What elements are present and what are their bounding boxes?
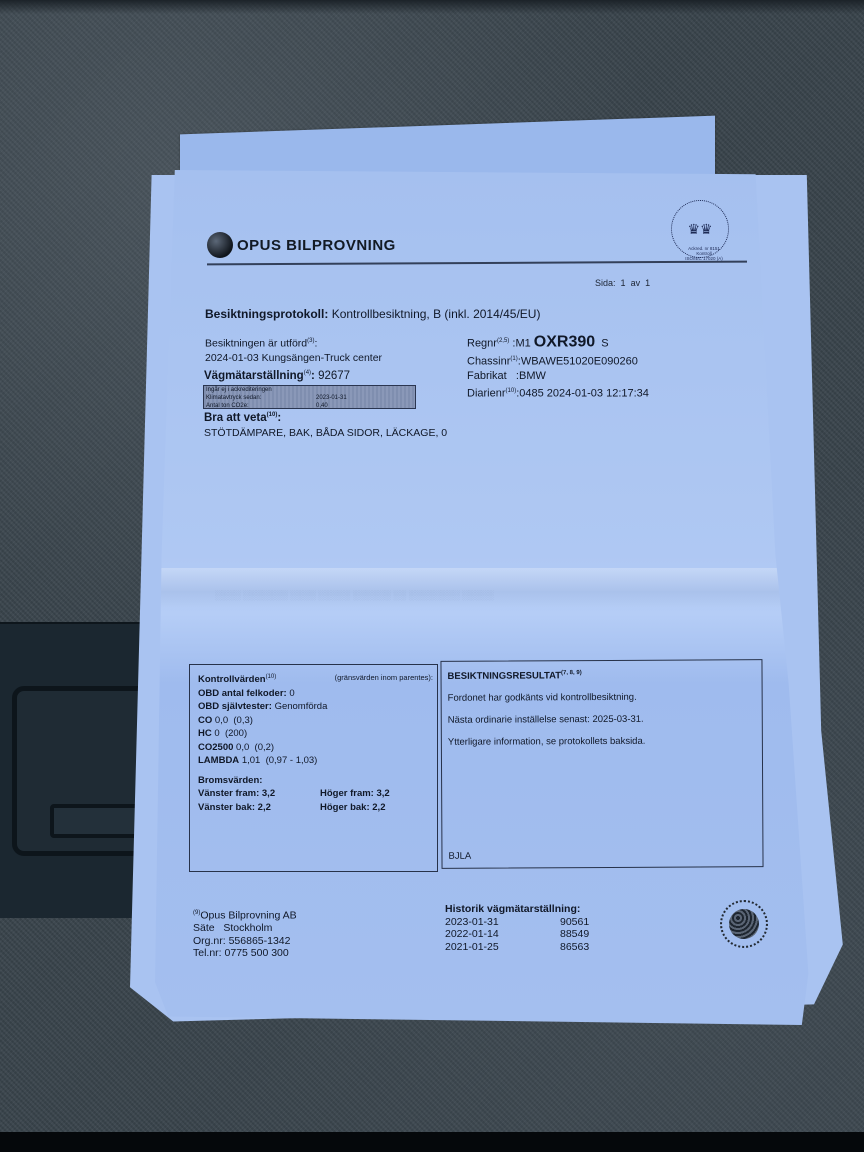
obd-selftest-value: Genomförda <box>275 701 328 712</box>
result-line: Ytterligare information, se protokollets… <box>448 735 646 749</box>
inspector-code: BJLA <box>448 851 471 862</box>
obd-faults-value: 0 <box>289 688 294 699</box>
obd-faults-label: OBD antal felkoder: <box>198 688 287 699</box>
odometer-value: 92677 <box>318 370 350 382</box>
history-date: 2022-01-14 <box>445 928 560 941</box>
page-indicator: Sida: 1 av 1 <box>595 278 650 288</box>
page-total: 1 <box>645 278 650 288</box>
trunk-edge <box>0 1132 864 1152</box>
left-rear-value: 2,2 <box>258 802 271 813</box>
swedac-seal-sub: Ackred. nr 8151 Kontroll ISO/IEC 17020 (… <box>679 246 729 261</box>
control-values-content: Kontrollvärden(10) (gränsvärden inom par… <box>198 671 433 814</box>
climate-value: 0,40 <box>316 402 328 410</box>
company-tel: Tel.nr: 0775 500 300 <box>193 947 297 960</box>
performed-label: Besiktningen är utförd <box>205 338 307 350</box>
sup: (4) <box>304 370 311 376</box>
sup: (2,5) <box>497 338 509 344</box>
left-front-value: 3,2 <box>262 788 275 799</box>
good-to-know-label: Bra att veta(10): <box>204 412 281 424</box>
history-value: 88549 <box>560 928 589 941</box>
history-row: 2023-01-3190561 <box>445 916 589 929</box>
emission-limit: (0,2) <box>255 742 275 753</box>
good-to-know-value: STÖTDÄMPARE, BAK, BÅDA SIDOR, LÄCKAGE, 0 <box>204 426 447 440</box>
limits-note: (gränsvärden inom parentes): <box>335 671 433 687</box>
emission-value: 0,0 <box>215 715 228 726</box>
label: Bra att veta <box>204 412 267 424</box>
show-through-text: ░░░░ ░░░░░░░ ░░░░ ░░░░░ ░░░░░░ ░░ ░░░░░░… <box>215 590 695 600</box>
inspection-protocol-document: OPUS BILPROVNING ♛♛ Ackred. nr 8151 Kont… <box>155 170 815 1025</box>
emission-label: CO2500 <box>198 742 233 753</box>
performed-value: 2024-01-03 Kungsängen-Truck center <box>205 351 382 365</box>
obd-selftest-label: OBD självtester: <box>198 701 272 712</box>
climate-header: Ingår ej i ackrediteringen <box>206 386 413 394</box>
history-title: Historik vägmätarställning: <box>445 903 580 915</box>
control-values-box: Kontrollvärden(10) (gränsvärden inom par… <box>189 664 438 872</box>
history-value: 90561 <box>560 916 589 929</box>
protocol-title: Besiktningsprotokoll: Kontrollbesiktning… <box>205 307 540 321</box>
company-org: Org.nr: 556865-1342 <box>193 935 297 948</box>
climate-compensation-seal-icon <box>720 900 768 948</box>
company-name: Opus Bilprovning AB <box>200 910 296 922</box>
history-row: 2021-01-2586563 <box>445 941 589 954</box>
regnr-value: OXR390 <box>534 334 595 351</box>
seal-line: ISO/IEC 17020 (A) <box>679 256 729 261</box>
diary-label: Diarienr <box>467 388 506 400</box>
emission-row: HC 0 (200) <box>198 727 433 741</box>
inspection-result-box: BESIKTNINGSRESULTAT(7, 8, 9) Fordonet ha… <box>440 659 763 869</box>
climate-footprint-box: Ingår ej i ackrediteringen Klimatavtryck… <box>203 385 416 409</box>
page-current: 1 <box>621 278 626 288</box>
history-date: 2021-01-25 <box>445 941 560 954</box>
sup: (10) <box>266 674 277 680</box>
control-values-title: Kontrollvärden <box>198 674 266 685</box>
emission-value: 1,01 <box>242 755 261 766</box>
climate-label: Antal ton CO2e: <box>206 402 316 410</box>
history-date: 2023-01-31 <box>445 916 560 929</box>
result-content: BESIKTNINGSRESULTAT(7, 8, 9) Fordonet ha… <box>447 667 645 749</box>
climate-value: 2023-01-31 <box>316 394 347 402</box>
sup: (3) <box>307 338 314 344</box>
opus-logo: OPUS BILPROVNING <box>207 232 396 258</box>
make-label: Fabrikat <box>467 370 507 382</box>
result-line: Fordonet har godkänts vid kontrollbesikt… <box>448 691 646 705</box>
left-front-label: Vänster fram: <box>198 788 259 799</box>
performed-block: Besiktningen är utförd(3): 2024-01-03 Ku… <box>205 334 382 365</box>
opus-ball-icon <box>207 232 233 258</box>
title-label: Besiktningsprotokoll: <box>205 307 328 321</box>
regnr-label: Regnr <box>467 338 497 350</box>
make-value: BMW <box>519 370 546 382</box>
vehicle-info: Regnr(2,5) :M1 OXR390 S Chassinr(1):WBAW… <box>467 334 649 402</box>
trunk-shadow <box>0 0 864 14</box>
emission-label: HC <box>198 728 212 739</box>
right-rear-value: 2,2 <box>372 802 385 813</box>
brakes-title: Bromsvärden: <box>198 775 262 786</box>
regnr-prefix: M1 <box>515 338 530 350</box>
emission-label: CO <box>198 715 212 726</box>
history-list: 2023-01-31905612022-01-14885492021-01-25… <box>445 916 589 954</box>
emission-value: 0,0 <box>236 742 249 753</box>
right-front-label: Höger fram: <box>320 788 374 799</box>
three-crowns-icon: ♛♛ <box>687 221 712 238</box>
emission-limit: (200) <box>225 728 247 739</box>
history-row: 2022-01-1488549 <box>445 928 589 941</box>
next-inspection-line: Nästa ordinarie inställelse senast: 2025… <box>448 713 646 727</box>
emission-limit: (0,3) <box>233 715 253 726</box>
paper-fold <box>155 568 815 608</box>
title-value: Kontrollbesiktning, B (inkl. 2014/45/EU) <box>332 307 541 321</box>
sup: (7, 8, 9) <box>561 670 582 676</box>
emissions-list: CO 0,0 (0,3)HC 0 (200)CO2500 0,0 (0,2)LA… <box>198 714 433 768</box>
climate-label: Klimatavtryck sedan: <box>206 394 316 402</box>
right-rear-label: Höger bak: <box>320 802 370 813</box>
header-rule <box>207 261 747 265</box>
sup: (10) <box>267 412 278 418</box>
emission-limit: (0,97 - 1,03) <box>266 755 318 766</box>
emission-row: LAMBDA 1,01 (0,97 - 1,03) <box>198 754 433 768</box>
company-info: (9)Opus Bilprovning AB Säte Stockholm Or… <box>193 907 297 960</box>
logo-text: OPUS BILPROVNING <box>237 237 396 254</box>
emission-label: LAMBDA <box>198 755 239 766</box>
emission-row: CO 0,0 (0,3) <box>198 714 433 728</box>
odometer-history: Historik vägmätarställning: 2023-01-3190… <box>445 903 589 953</box>
globe-icon <box>729 909 759 939</box>
odometer: Vägmätarställning(4): 92677 <box>204 370 350 382</box>
result-title: BESIKTNINGSRESULTAT <box>448 670 562 682</box>
company-seat: Säte Stockholm <box>193 922 297 935</box>
chassis-label: Chassinr <box>467 355 510 367</box>
left-rear-label: Vänster bak: <box>198 802 255 813</box>
sup: (1) <box>510 356 517 362</box>
page-label: Sida: <box>595 278 616 288</box>
emission-row: CO2500 0,0 (0,2) <box>198 741 433 755</box>
history-value: 86563 <box>560 941 589 954</box>
page-of: av <box>631 278 641 288</box>
sup: (10) <box>506 388 517 394</box>
regnr-suffix: S <box>601 338 608 350</box>
right-front-value: 3,2 <box>376 788 389 799</box>
odometer-label: Vägmätarställning <box>204 370 304 382</box>
emission-value: 0 <box>214 728 219 739</box>
chassis-value: WBAWE51020E090260 <box>521 355 638 367</box>
diary-value: 0485 2024-01-03 12:17:34 <box>519 388 649 400</box>
